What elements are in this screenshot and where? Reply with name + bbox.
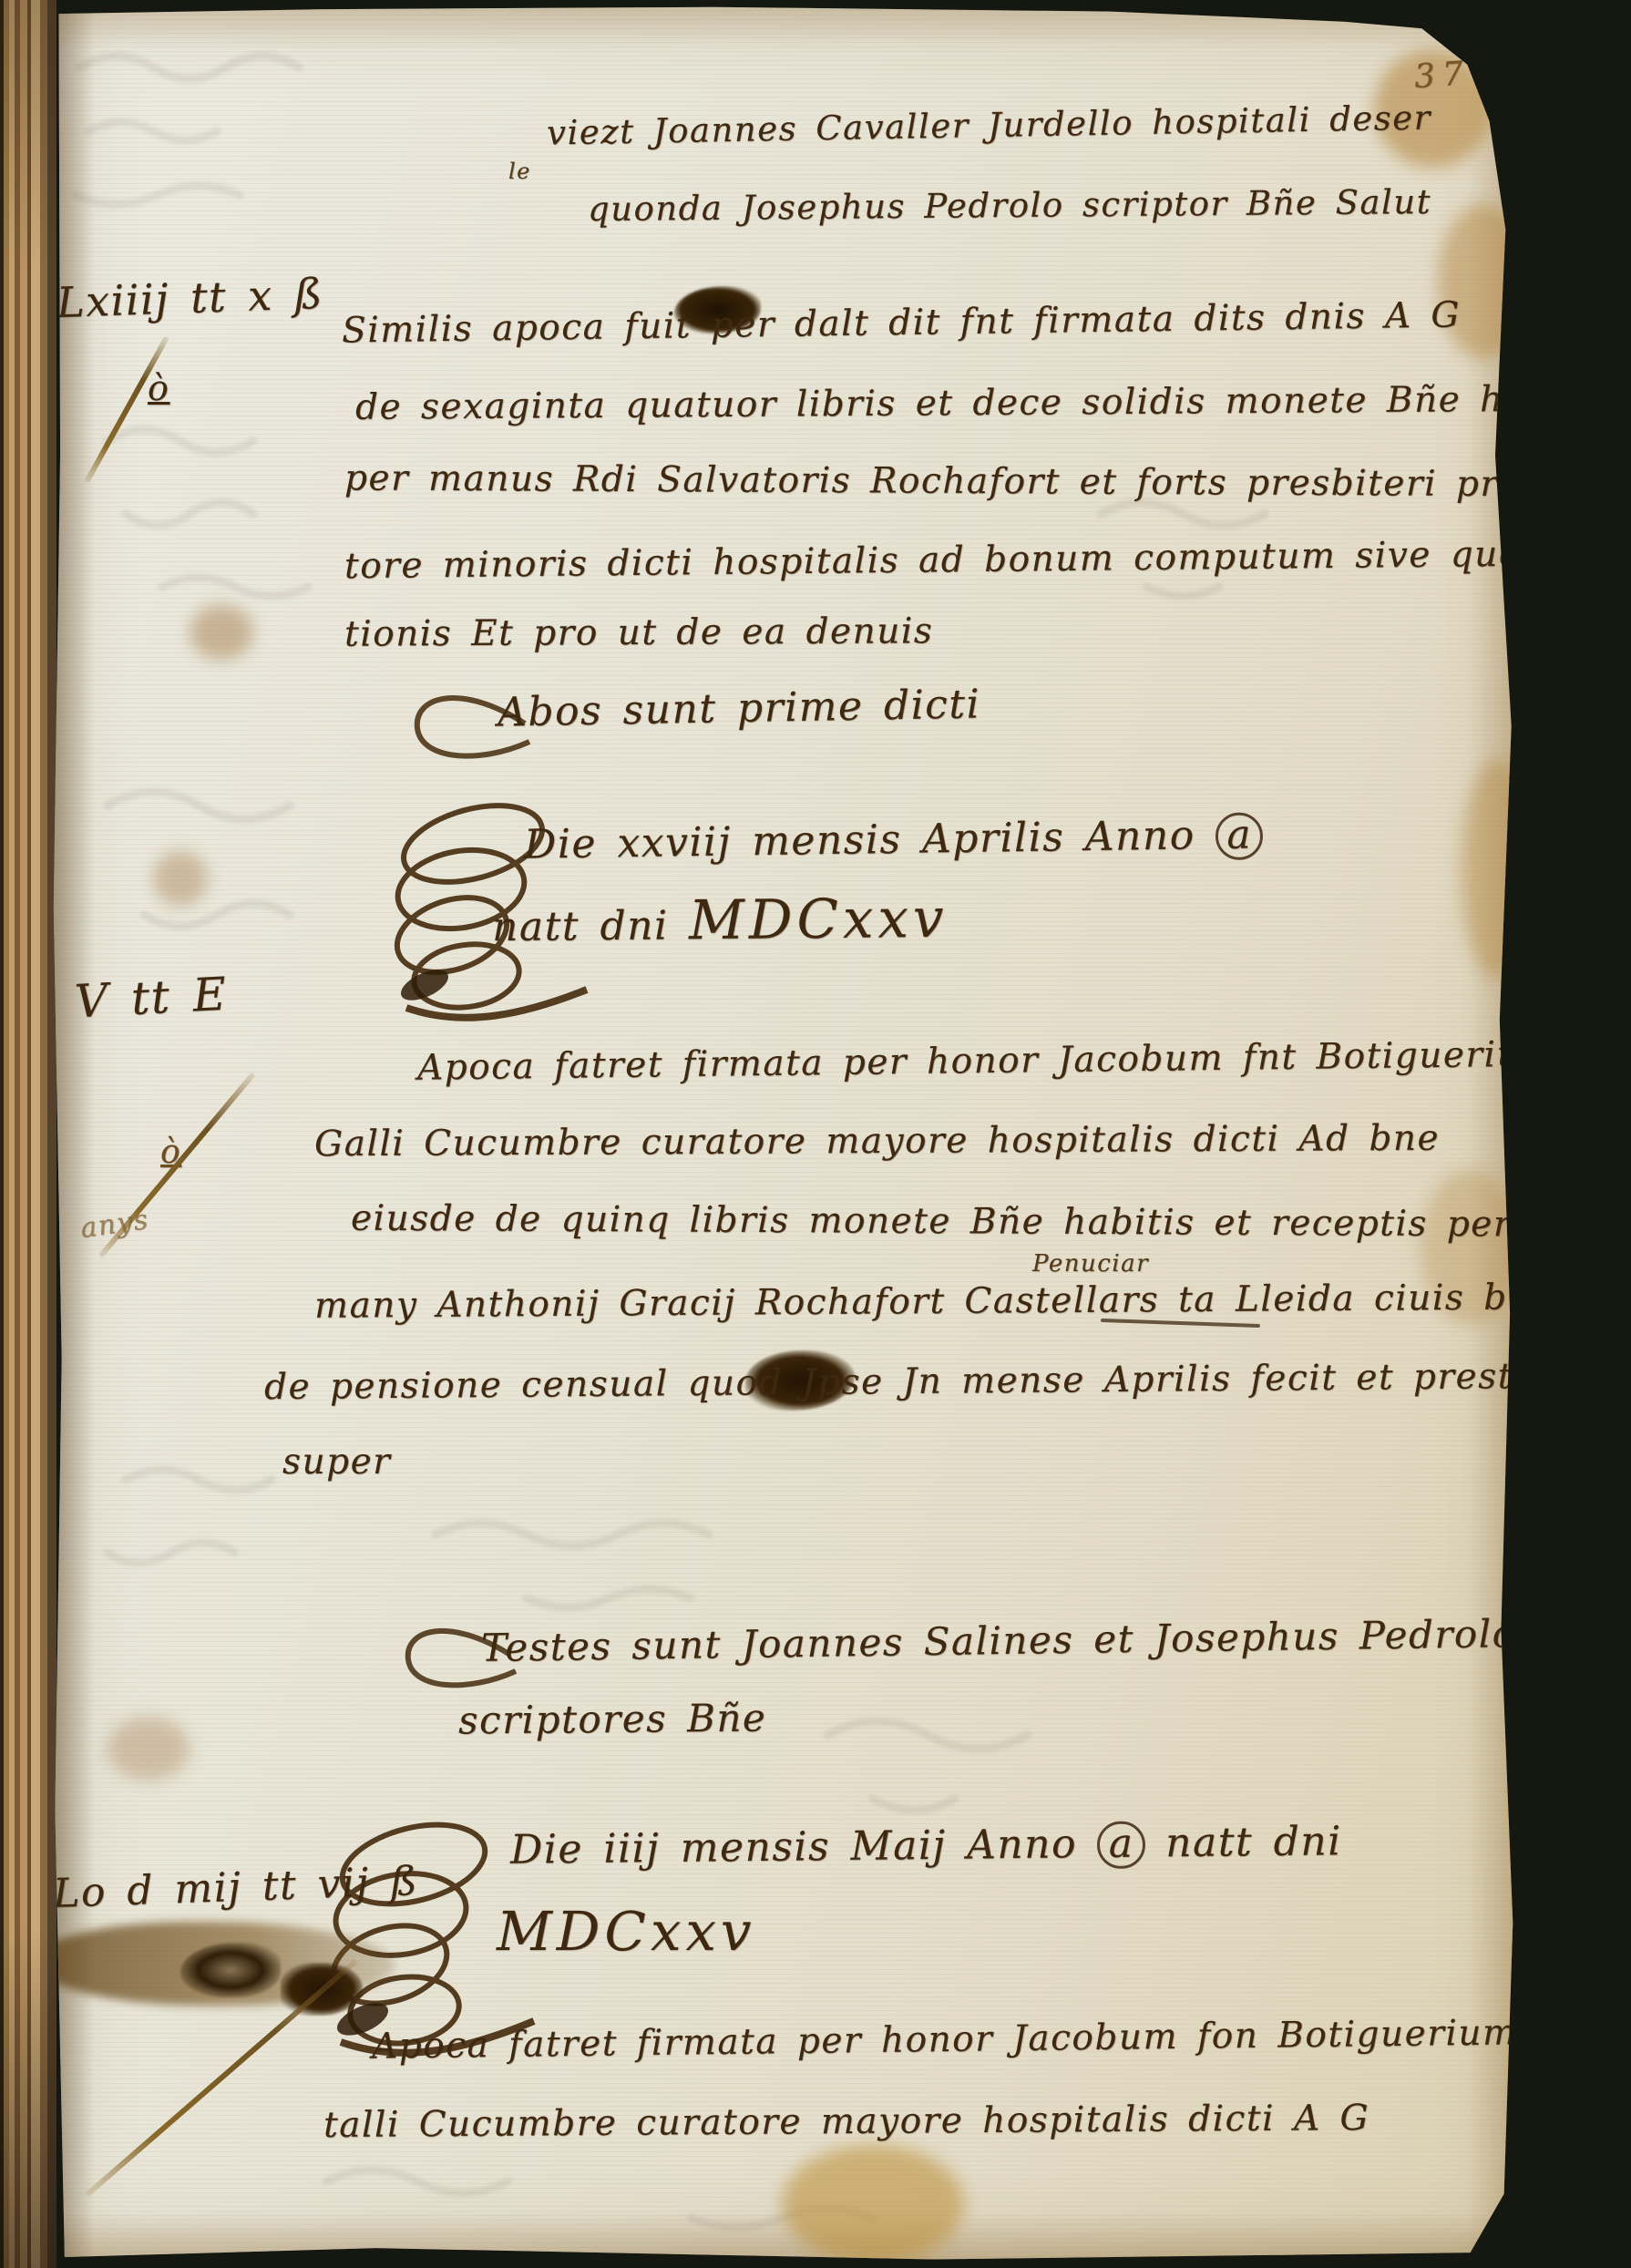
- subscription-line: Abos sunt prime dicti: [498, 681, 981, 735]
- date-text: natt dni: [1165, 1818, 1342, 1866]
- anno-mark: a: [1216, 812, 1264, 860]
- entry-line: Galli Cucumbre curatore mayore hospitali…: [314, 1118, 1440, 1165]
- year-numeral: MDCxxv: [689, 888, 949, 952]
- entry-line: per manus Rdi Salvatoris Rochafort et fo…: [344, 457, 1608, 505]
- witnesses-line: scriptores Bñe: [458, 1696, 767, 1743]
- entry-line: eiusde de quinq libris monete Bñe habiti…: [351, 1198, 1512, 1246]
- date-line: Die xxviij mensis Aprilis Anno a: [524, 811, 1264, 870]
- heading-insert: le: [508, 159, 531, 184]
- ink-blot: [180, 1943, 281, 1997]
- heading-line: quonda Josephus Pedrolo scriptor Bñe Sal…: [588, 182, 1431, 229]
- entry-line: super: [282, 1442, 391, 1483]
- date-line: MDCxxv: [497, 1901, 755, 1964]
- margin-amount: Lxiiij tt x ß: [56, 269, 324, 327]
- stain: [190, 605, 253, 660]
- entry-line: talli Cucumbre curatore mayore hospitali…: [323, 2098, 1369, 2146]
- date-text: Die iiij mensis Maij Anno: [510, 1821, 1077, 1873]
- entry-line: many Anthonij Gracij Rochafort Castellar…: [314, 1277, 1554, 1326]
- stain: [782, 2145, 964, 2263]
- date-text: Die xxviij mensis Aprilis Anno: [524, 812, 1195, 867]
- manuscript-scan: { "page": { "folio_number": "37" }, "hea…: [0, 0, 1631, 2268]
- date-line: Die iiij mensis Maij Anno a natt dni: [510, 1818, 1342, 1875]
- folio-number: 37: [1413, 55, 1472, 96]
- year-numeral: MDCxxv: [497, 1901, 755, 1964]
- interlinear-note: Penuciar: [1032, 1250, 1149, 1278]
- entry-line: de sexaginta quatuor libris et dece soli…: [355, 378, 1612, 428]
- entry-line: tionis Et pro ut de ea denuis: [344, 611, 934, 654]
- stain: [108, 1717, 190, 1781]
- margin-mark: ò: [148, 368, 169, 408]
- date-text: natt dni: [492, 902, 669, 950]
- margin-amount: V tt E: [74, 968, 229, 1029]
- manuscript-page: 37 viezt Joannes Cavaller Jurdello hospi…: [53, 4, 1522, 2262]
- date-line: natt dni MDCxxv: [492, 888, 949, 954]
- stain: [153, 851, 208, 906]
- anno-mark: a: [1097, 1821, 1145, 1869]
- stain: [1461, 760, 1534, 979]
- book-spine-page-edges: [0, 0, 56, 2268]
